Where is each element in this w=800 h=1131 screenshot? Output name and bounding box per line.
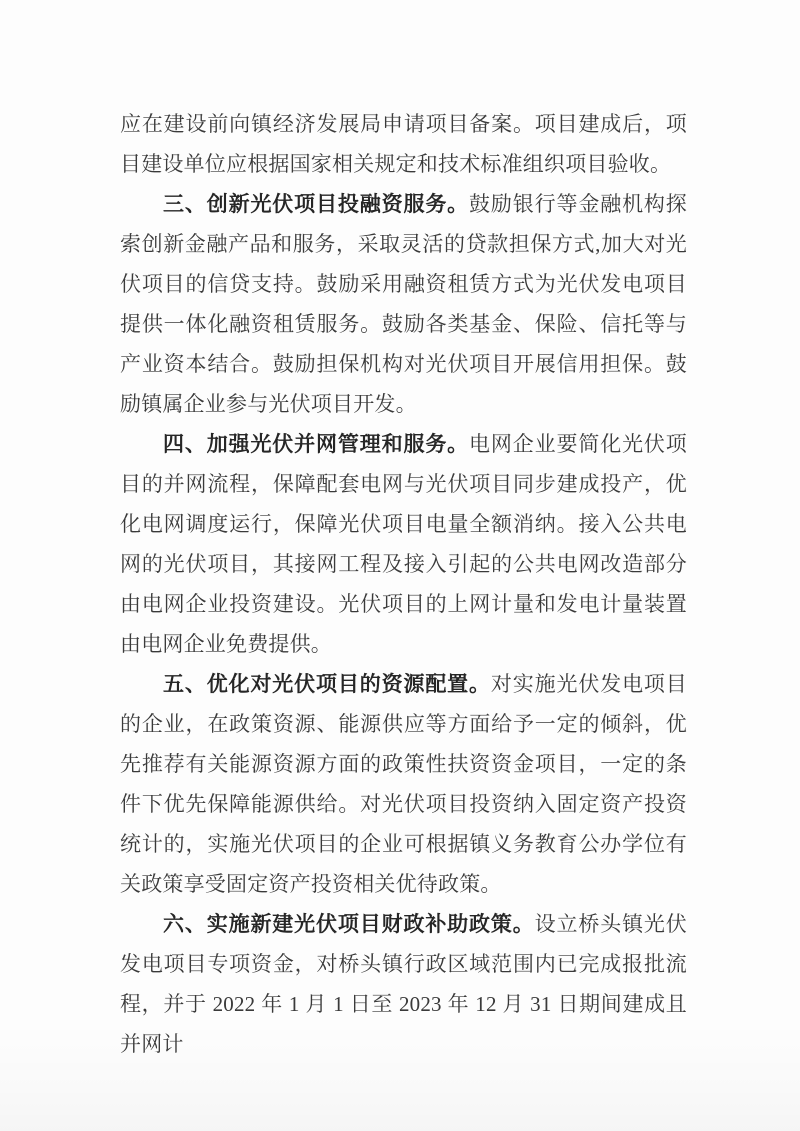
paragraph-text: 应在建设前向镇经济发展局申请项目备案。项目建成后，项目建设单位应根据国家相关规定… — [120, 112, 687, 176]
paragraph-section-3: 三、创新光伏项目投融资服务。鼓励银行等金融机构探索创新金融产品和服务，采取灵活的… — [120, 184, 687, 424]
section-5-text: 对实施光伏发电项目的企业，在政策资源、能源供应等方面给予一定的倾斜，优先推荐有关… — [120, 672, 687, 896]
paragraph-section-5: 五、优化对光伏项目的资源配置。对实施光伏发电项目的企业，在政策资源、能源供应等方… — [120, 664, 687, 904]
section-3-text: 鼓励银行等金融机构探索创新金融产品和服务，采取灵活的贷款担保方式,加大对光伏项目… — [120, 192, 687, 416]
paragraph-section-6: 六、实施新建光伏项目财政补助政策。设立桥头镇光伏发电项目专项资金，对桥头镇行政区… — [120, 904, 687, 1064]
paragraph-section-4: 四、加强光伏并网管理和服务。电网企业要简化光伏项目的并网流程，保障配套电网与光伏… — [120, 424, 687, 664]
section-5-heading: 五、优化对光伏项目的资源配置。 — [163, 672, 491, 696]
section-3-heading: 三、创新光伏项目投融资服务。 — [163, 192, 469, 216]
section-4-heading: 四、加强光伏并网管理和服务。 — [163, 432, 469, 456]
section-4-text: 电网企业要简化光伏项目的并网流程，保障配套电网与光伏项目同步建成投产，优化电网调… — [120, 432, 687, 656]
section-6-heading: 六、实施新建光伏项目财政补助政策。 — [163, 912, 535, 936]
scanned-document-page: 应在建设前向镇经济发展局申请项目备案。项目建成后，项目建设单位应根据国家相关规定… — [0, 0, 800, 1131]
document-body: 应在建设前向镇经济发展局申请项目备案。项目建成后，项目建设单位应根据国家相关规定… — [120, 104, 687, 1064]
paragraph-continuation: 应在建设前向镇经济发展局申请项目备案。项目建成后，项目建设单位应根据国家相关规定… — [120, 104, 687, 184]
